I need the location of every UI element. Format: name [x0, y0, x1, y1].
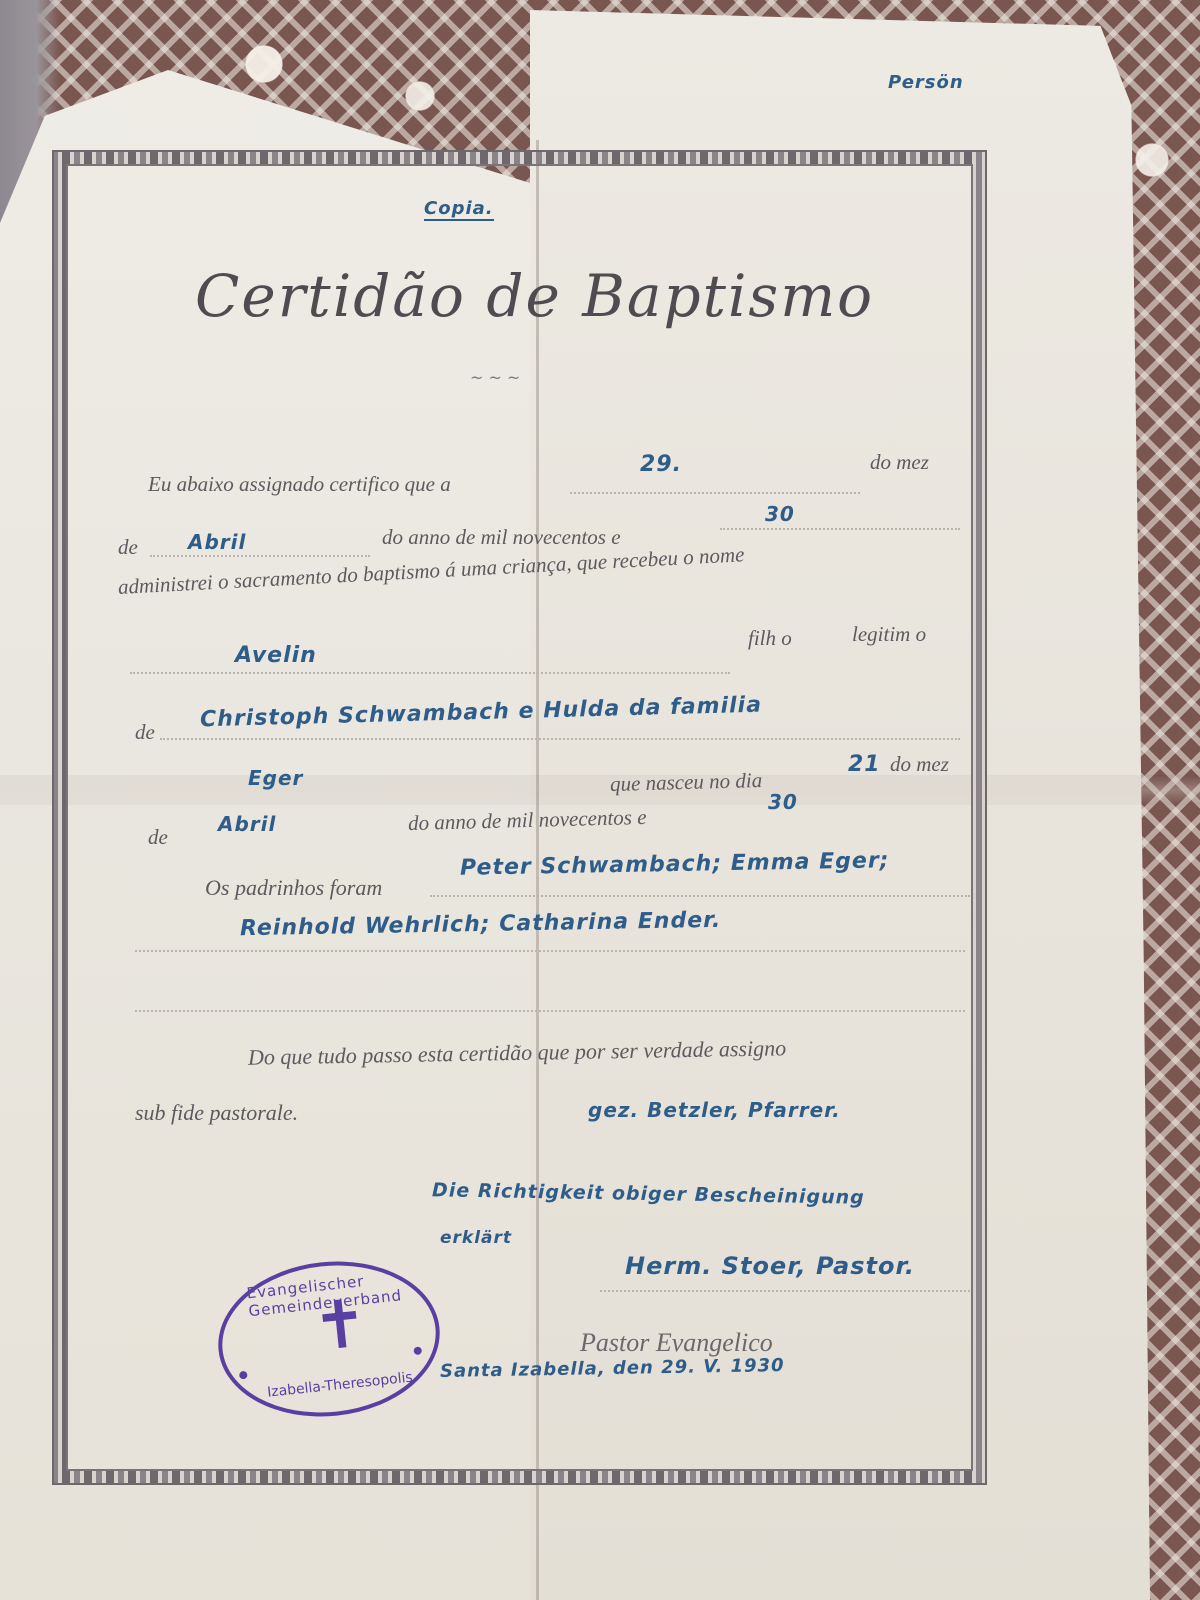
signature-line [600, 1290, 970, 1292]
child-name-line [130, 672, 730, 674]
baptism-day: 29. [640, 452, 682, 477]
top-right-note: Persön [888, 72, 964, 93]
year-line [720, 528, 960, 530]
birth-month: Abril [218, 812, 276, 836]
legitimo-label: legitim o [852, 622, 926, 647]
closing-line-2: sub fide pastorale. [135, 1100, 298, 1126]
copy-mark: Copia. [424, 198, 494, 221]
filho-label: filh o [748, 626, 792, 651]
birth-day: 21 [848, 752, 881, 777]
month-line [150, 555, 370, 557]
godparents-line-2 [135, 950, 965, 952]
born-suffix: do mez [890, 752, 949, 777]
baptism-year: 30 [765, 502, 795, 526]
baptism-month: Abril [188, 530, 246, 554]
line1-prefix: Eu abaixo assignado certifico que a [148, 472, 451, 497]
line5-prefix: de [135, 720, 155, 745]
child-name: Avelin [235, 643, 317, 668]
original-signature: gez. Betzler, Pfarrer. [588, 1098, 841, 1122]
printed-pastor-title: Pastor Evangelico [580, 1328, 773, 1358]
godparents-label: Os padrinhos foram [205, 875, 382, 901]
attestation-line-2: erklärt [440, 1228, 512, 1248]
mother-family-name: Eger [248, 766, 303, 790]
blank-line [135, 1010, 965, 1012]
birth-year: 30 [768, 790, 798, 814]
cross-icon: ✝ [309, 1290, 371, 1361]
stamp-dot-icon [239, 1371, 248, 1380]
line1-suffix: do mez [870, 450, 929, 475]
born-label: que nasceu no dia [610, 768, 763, 797]
stamp-bottom-text: Izabella-Theresopolis [266, 1370, 413, 1401]
line7-prefix: de [148, 825, 168, 850]
pastor-signature: Herm. Stoer, Pastor. [625, 1252, 915, 1280]
line2-middle: do anno de mil novecentos e [382, 525, 621, 550]
parents-line [160, 738, 960, 740]
title-ornament-icon: ~ ~ ~ [470, 368, 520, 387]
line2-prefix: de [118, 535, 138, 560]
day-line [570, 492, 860, 494]
stamp-dot-icon [413, 1346, 422, 1355]
godparents-line-1 [430, 895, 970, 897]
certificate-title: Certidão de Baptismo [195, 262, 874, 330]
